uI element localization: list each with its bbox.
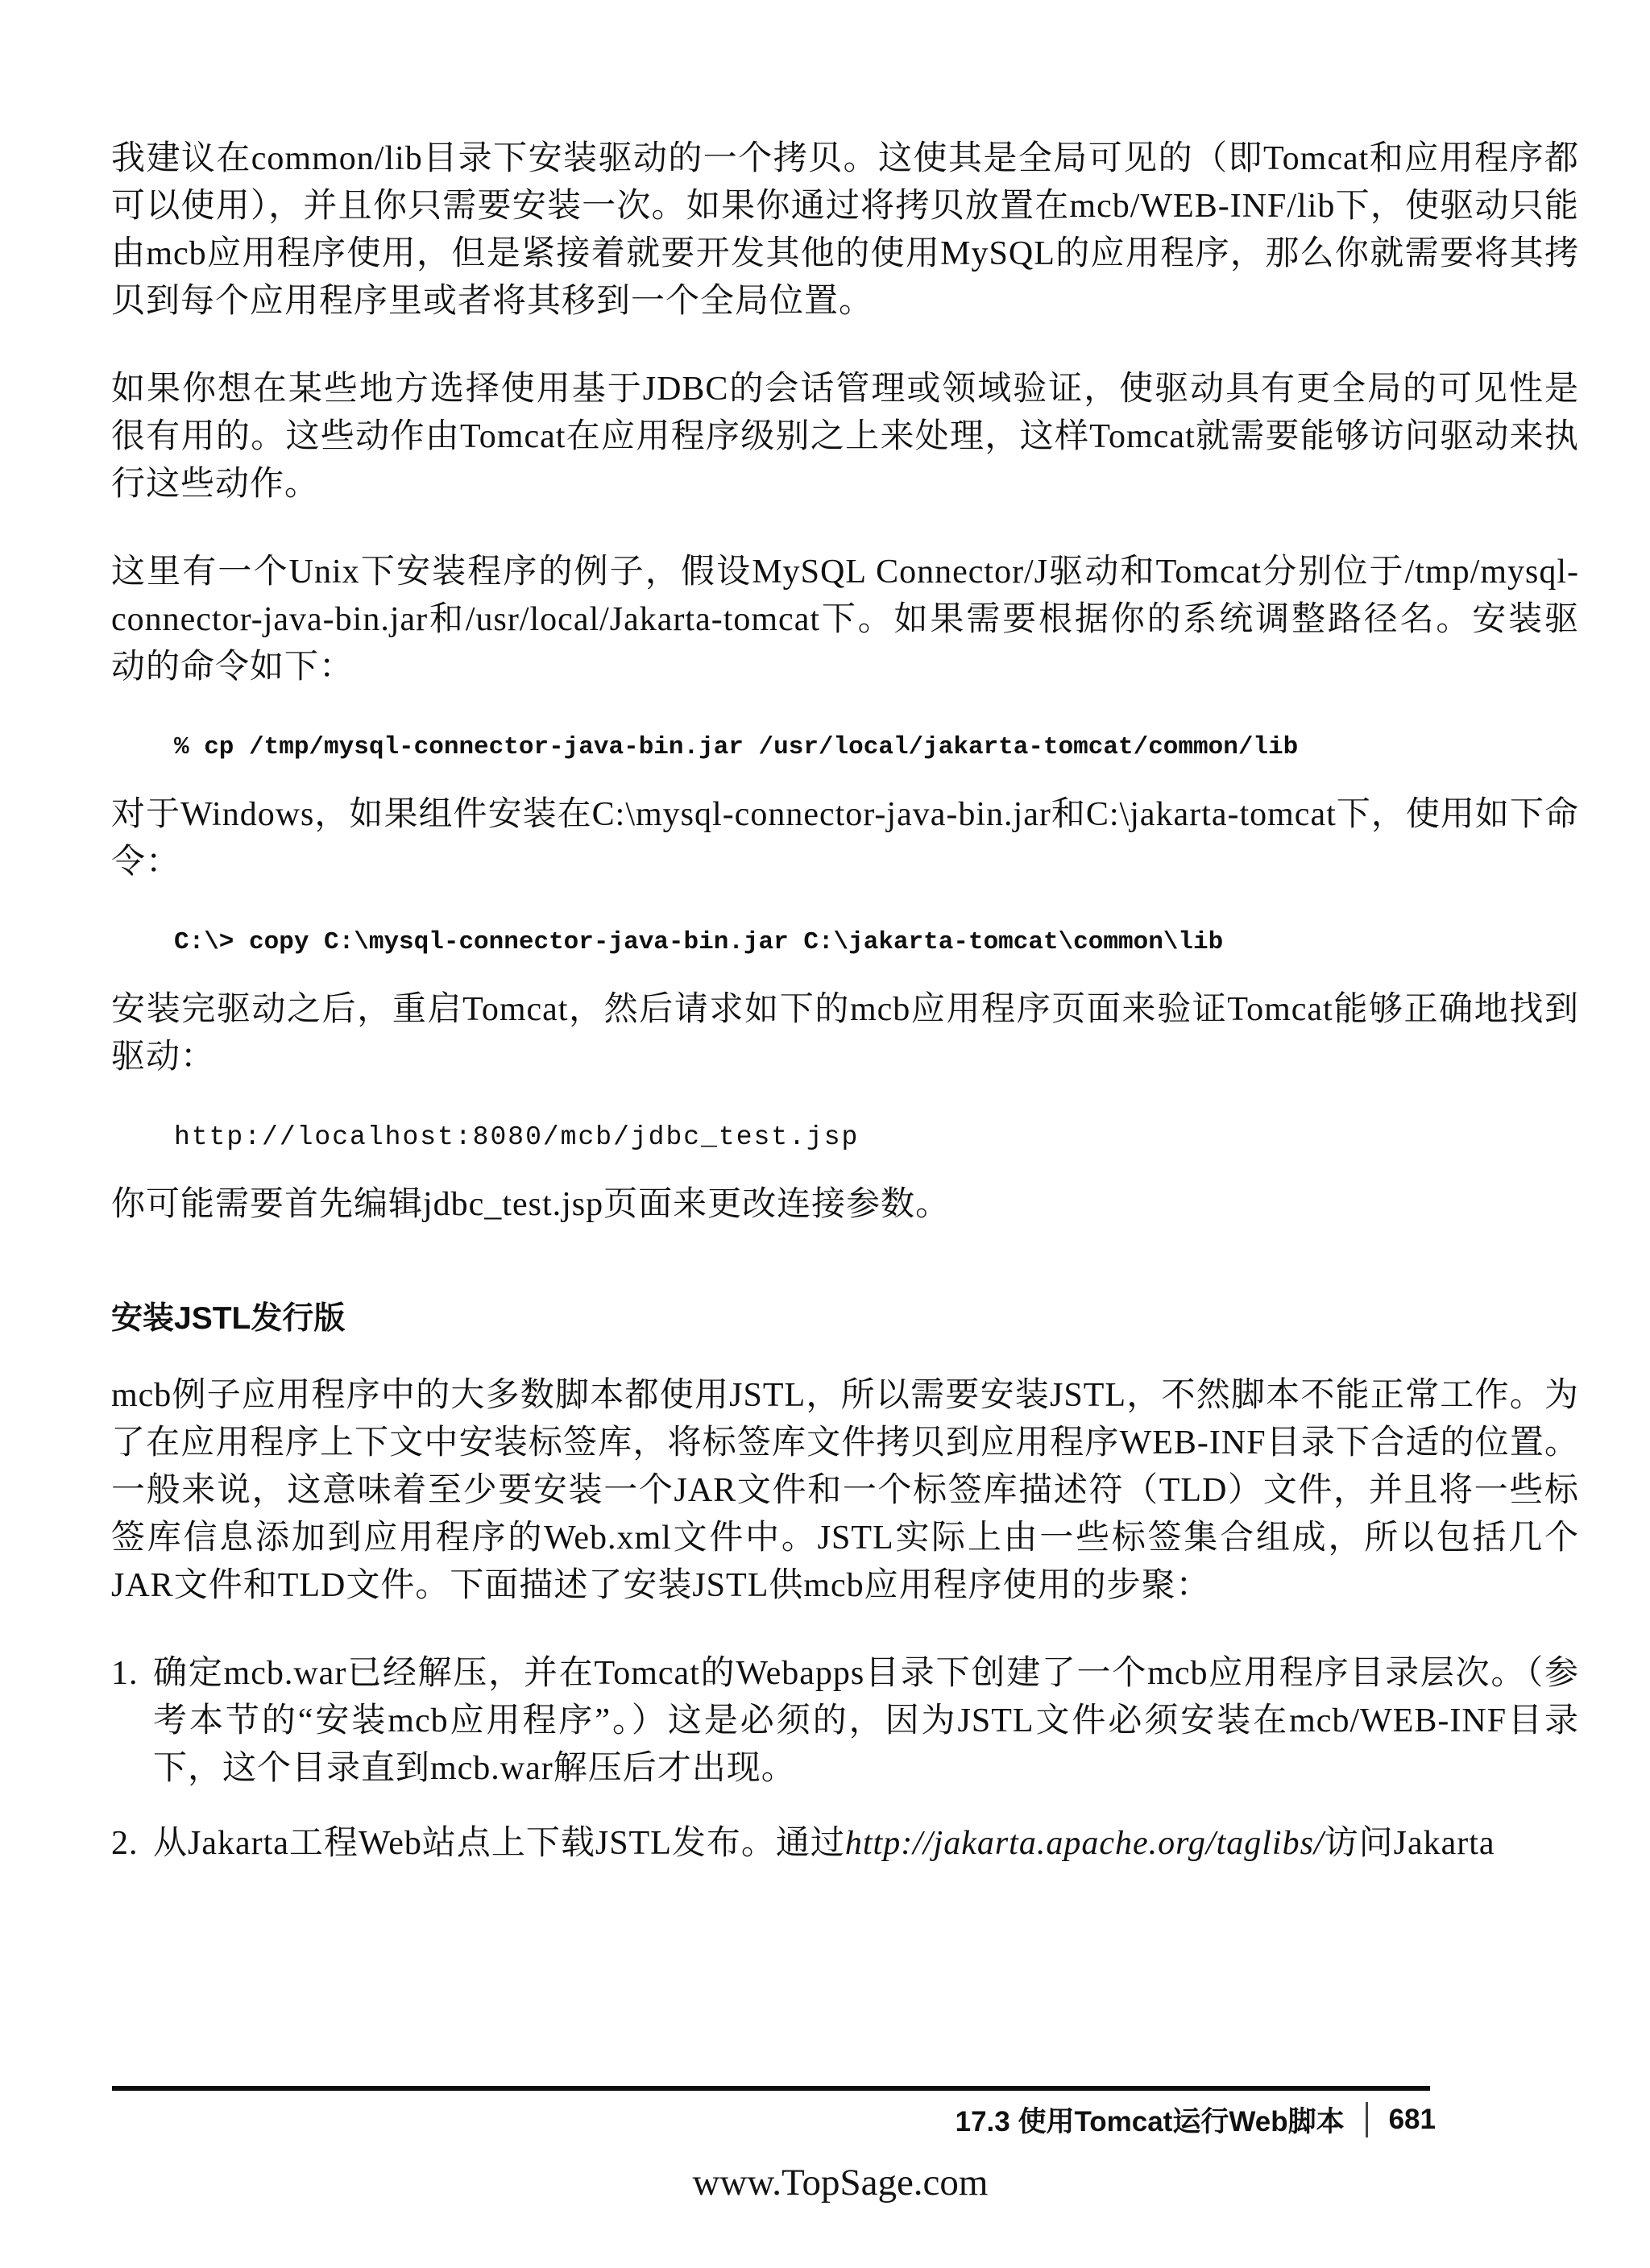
paragraph-edit-jsp: 你可能需要首先编辑jdbc_test.jsp页面来更改连接参数。 [111,1181,1579,1229]
list-item: 1. 确定mcb.war已经解压，并在Tomcat的Webapps目录下创建了一… [111,1650,1579,1793]
paragraph-windows-example: 对于Windows，如果组件安装在C:\mysql-connector-java… [111,791,1579,886]
footer-section-title: 17.3 使用Tomcat运行Web脚本 [956,2100,1345,2140]
paragraph-jdbc-visibility: 如果你想在某些地方选择使用基于JDBC的会话管理或领域验证，使驱动具有更全局的可… [111,366,1579,508]
paragraph-restart-tomcat: 安装完驱动之后，重启Tomcat，然后请求如下的mcb应用程序页面来验证Tomc… [111,986,1579,1081]
jakarta-taglibs-url: http://jakarta.apache.org/taglibs/ [845,1825,1325,1862]
list-item-text: 确定mcb.war已经解压，并在Tomcat的Webapps目录下创建了一个mc… [153,1650,1579,1793]
paragraph-unix-example: 这里有一个Unix下安装程序的例子，假设MySQL Connector/J驱动和… [111,549,1579,691]
topsage-watermark: www.TopSage.com [0,2161,1650,2204]
heading-install-jstl: 安装JSTL发行版 [111,1298,1579,1340]
jstl-steps-list: 1. 确定mcb.war已经解压，并在Tomcat的Webapps目录下创建了一… [111,1650,1579,1868]
list-item-text: 从Jakarta工程Web站点上下载JSTL发布。通过http://jakart… [153,1820,1579,1868]
list-item: 2. 从Jakarta工程Web站点上下载JSTL发布。通过http://jak… [111,1820,1579,1868]
code-block-windows-copy: C:\> copy C:\mysql-connector-java-bin.ja… [174,927,1579,959]
book-page: 我建议在common/lib目录下安装驱动的一个拷贝。这使其是全局可见的（即To… [0,0,1650,2268]
list-item-number: 2. [111,1820,153,1868]
paragraph-jstl-intro: mcb例子应用程序中的大多数脚本都使用JSTL，所以需要安装JSTL，不然脚本不… [111,1372,1579,1610]
page-content: 我建议在common/lib目录下安装驱动的一个拷贝。这使其是全局可见的（即To… [111,0,1579,1895]
list-item-number: 1. [111,1650,153,1793]
code-block-unix-copy: % cp /tmp/mysql-connector-java-bin.jar /… [174,732,1579,764]
footer-divider-rule [112,2086,1430,2091]
footer-page-number: 681 [1389,2104,1436,2136]
list-item-text-prefix: 从Jakarta工程Web站点上下载JSTL发布。通过 [153,1825,845,1862]
code-block-test-url: http://localhost:8080/mcb/jdbc_test.jsp [174,1122,1579,1154]
paragraph-driver-copy: 我建议在common/lib目录下安装驱动的一个拷贝。这使其是全局可见的（即To… [111,135,1579,325]
footer-separator-bar [1366,2102,1368,2137]
page-footer: 17.3 使用Tomcat运行Web脚本 681 [956,2100,1436,2140]
list-item-text-suffix: 访问Jakarta [1325,1825,1495,1862]
